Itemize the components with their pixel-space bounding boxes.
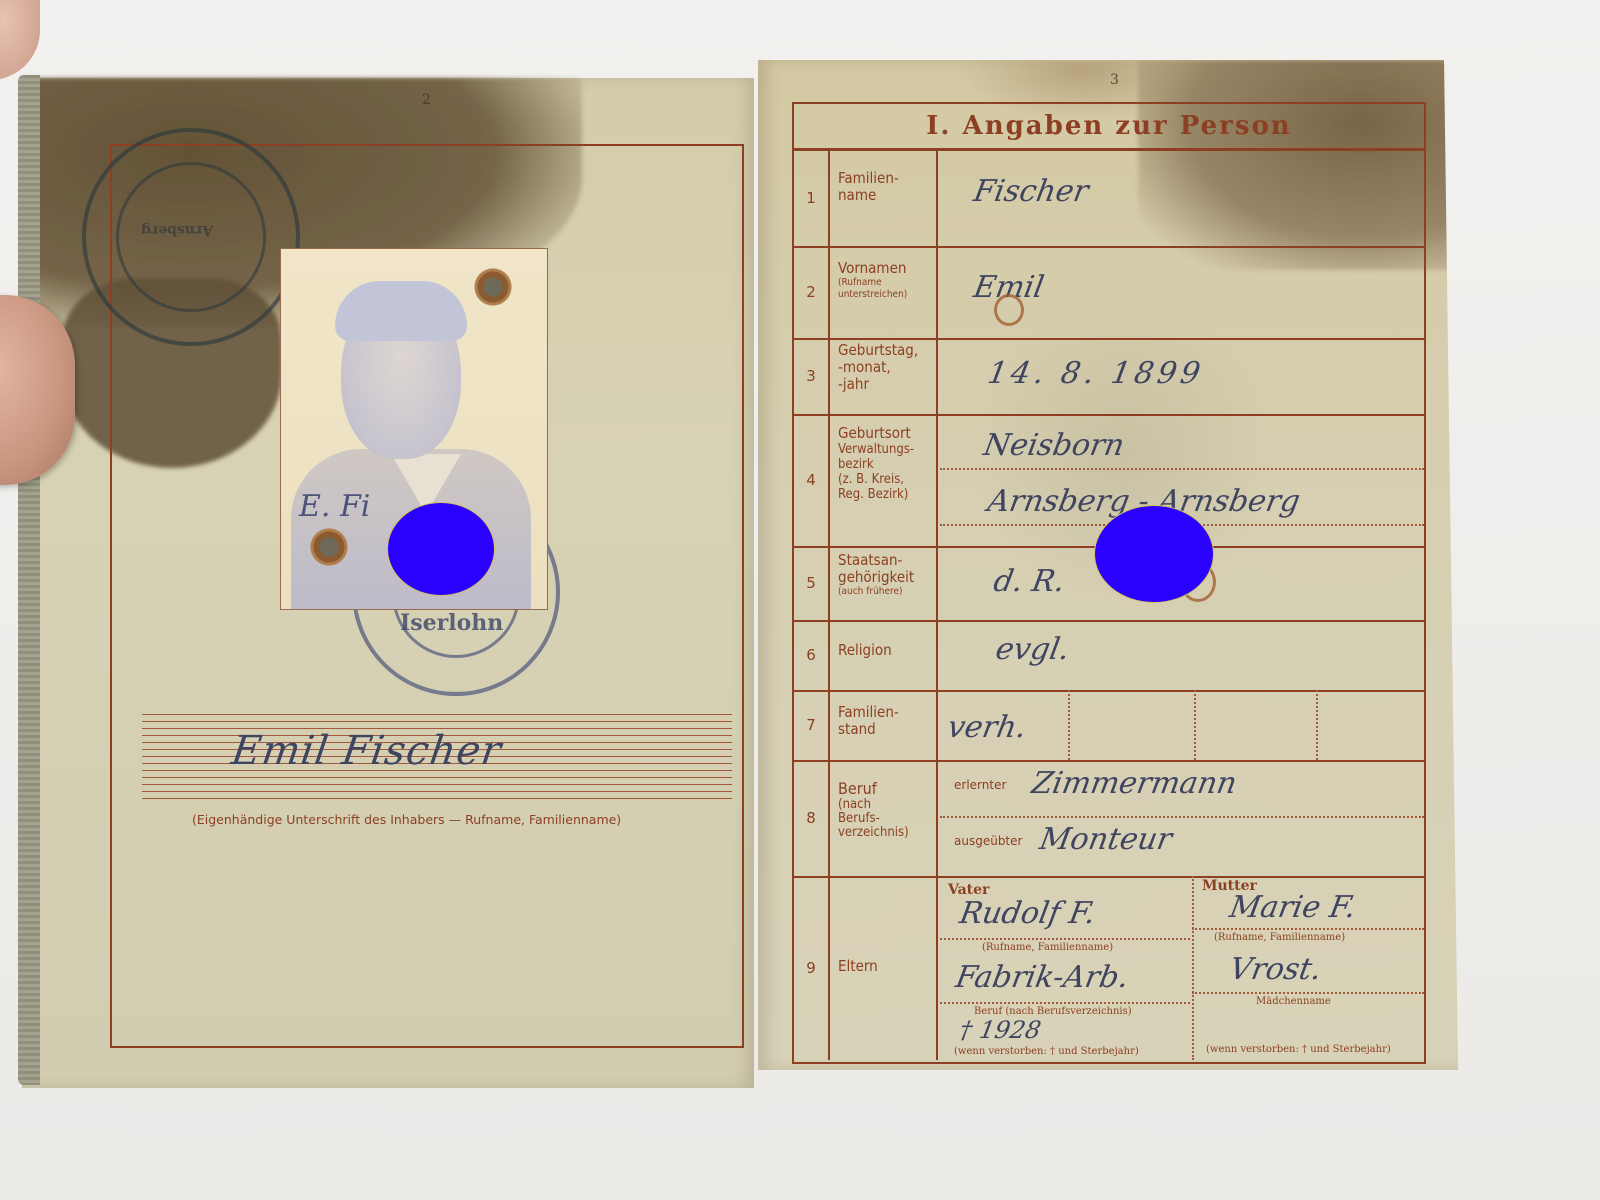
row-label: Familien- stand [830, 690, 938, 760]
father-death-value: † 1928 [958, 1016, 1044, 1044]
row-occupation: 8 Beruf (nach Berufs- verzeichnis) erler… [794, 760, 1424, 878]
learned-occupation-value: Zimmermann [1029, 766, 1240, 801]
row-religion: 6 Religion evgl. [794, 620, 1424, 692]
row-first-names: 2 Vornamen (Rufname unterstreichen) Emil [794, 246, 1424, 340]
birthplace-value: Neisborn [981, 428, 1127, 463]
row-number: 4 [794, 414, 830, 546]
mother-name-caption: (Rufname, Familienname) [1214, 932, 1345, 943]
mother-death-caption: (wenn verstorben: † und Sterbejahr) [1206, 1044, 1391, 1055]
row-parents: 9 Eltern Vater Rudolf F. (Rufname, Famil… [794, 876, 1424, 1060]
parents-field[interactable]: Vater Rudolf F. (Rufname, Familienname) … [940, 876, 1424, 1060]
stamp-city: Iserlohn [400, 610, 503, 636]
photo-signature: E. Fi [299, 489, 370, 524]
learned-label: erlernter [954, 778, 1006, 792]
eyelet-icon [309, 527, 349, 567]
row-label: Geburtsort Verwaltungs- bezirk (z. B. Kr… [830, 414, 938, 546]
citizenship-value: d. R. [991, 564, 1068, 599]
dotted-line [940, 468, 1424, 470]
redaction-dot [1094, 505, 1214, 603]
redaction-dot [387, 502, 495, 596]
father-occupation-value: Fabrik-Arb. [953, 960, 1132, 995]
religion-value: evgl. [993, 632, 1072, 667]
row-label: Familien-name [830, 150, 938, 246]
office-stamp-top: Arnsberg [82, 128, 300, 346]
signature-caption: (Eigenhändige Unterschrift des Inhabers … [192, 812, 621, 827]
birthdate-field[interactable]: 14. 8. 1899 [940, 338, 1424, 414]
dotted-line [940, 816, 1424, 818]
mother-maiden-value: Vrost. [1227, 952, 1324, 987]
row-family-name: 1 Familien-name Fischer [794, 150, 1424, 248]
row-marital-status: 7 Familien- stand verh. [794, 690, 1424, 762]
holder-signature: Emil Fischer [229, 728, 505, 774]
father-name-caption: (Rufname, Familienname) [982, 942, 1113, 953]
marital-status-field[interactable]: verh. [940, 690, 1424, 760]
occupation-field[interactable]: erlernter Zimmermann ausgeübter Monteur [940, 760, 1424, 876]
mother-name-value: Marie F. [1227, 890, 1359, 925]
finger-top [0, 0, 40, 80]
form-title: I. Angaben zur Person [794, 104, 1424, 151]
father-name-value: Rudolf F. [957, 896, 1098, 931]
row-label: Geburtstag, -monat, -jahr [830, 338, 938, 414]
row-number: 6 [794, 620, 830, 690]
eyelet-icon [473, 267, 513, 307]
dotted-divider [1192, 876, 1194, 1060]
religion-field[interactable]: evgl. [940, 620, 1424, 690]
dotted-divider [1194, 690, 1196, 760]
first-names-field[interactable]: Emil [940, 246, 1424, 338]
practiced-occupation-value: Monteur [1037, 822, 1175, 857]
father-death-caption: (wenn verstorben: † und Sterbejahr) [954, 1046, 1139, 1057]
row-label: Eltern [830, 876, 938, 1060]
dotted-line [940, 938, 1190, 940]
row-number: 1 [794, 150, 830, 246]
row-number: 3 [794, 338, 830, 414]
left-page: 2 Arnsberg E. Fi Kreis Iserlohn Emil Fis… [22, 78, 754, 1088]
practiced-label: ausgeübter [954, 834, 1022, 848]
dotted-line [1192, 992, 1424, 994]
marital-status-value: verh. [945, 710, 1029, 745]
page-number: 3 [1110, 72, 1119, 88]
row-label: Staatsan- gehörigkeit (auch frühere) [830, 546, 938, 620]
row-number: 7 [794, 690, 830, 760]
rust-ring [994, 294, 1024, 326]
row-number: 8 [794, 760, 830, 876]
birthdate-value: 14. 8. 1899 [985, 356, 1207, 391]
family-name-value: Fischer [971, 174, 1091, 209]
stamp-text: Arnsberg [141, 222, 213, 238]
row-birthdate: 3 Geburtstag, -monat, -jahr 14. 8. 1899 [794, 338, 1424, 416]
mother-maiden-caption: Mädchenname [1256, 996, 1331, 1007]
row-label: Beruf (nach Berufs- verzeichnis) [830, 760, 938, 876]
row-number: 9 [794, 876, 830, 1060]
row-number: 5 [794, 546, 830, 620]
book-spine [18, 75, 40, 1085]
dotted-divider [1068, 690, 1070, 760]
row-label: Religion [830, 620, 938, 690]
dotted-line [940, 1002, 1190, 1004]
row-label: Vornamen (Rufname unterstreichen) [830, 246, 938, 338]
family-name-field[interactable]: Fischer [940, 150, 1424, 246]
page-number: 2 [422, 92, 431, 108]
dotted-line [1192, 928, 1424, 930]
row-number: 2 [794, 246, 830, 338]
dotted-divider [1316, 690, 1318, 760]
